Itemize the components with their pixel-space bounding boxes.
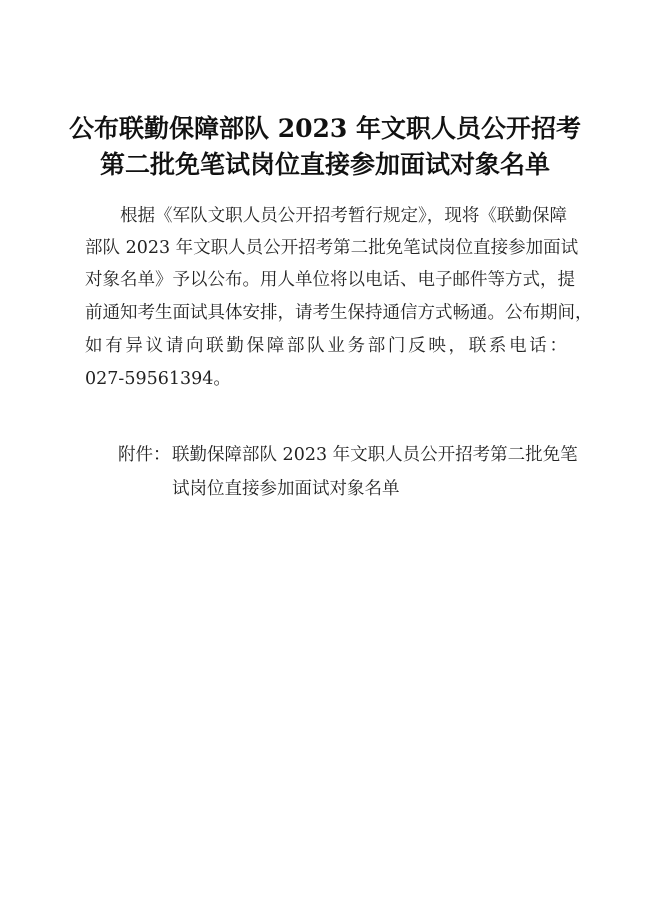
body-paragraph-line-2: 部队 2023 年文职人员公开招考第二批免笔试岗位直接参加面试 xyxy=(85,236,567,260)
attachment-title-line-2: 试岗位直接参加面试对象名单 xyxy=(172,477,400,501)
attachment-title-line-1: 联勤保障部队 2023 年文职人员公开招考第二批免笔 xyxy=(172,443,564,467)
attachment-label: 附件： xyxy=(118,443,171,467)
document-page: 公布联勤保障部队 2023 年文职人员公开招考 第二批免笔试岗位直接参加面试对象… xyxy=(0,0,650,919)
document-title-line-2: 第二批免笔试岗位直接参加面试对象名单 xyxy=(60,148,590,182)
body-paragraph-line-4: 前通知考生面试具体安排，请考生保持通信方式畅通。公布期间， xyxy=(85,301,567,325)
body-paragraph-line-1: 根据《军队文职人员公开招考暂行规定》，现将《联勤保障 xyxy=(120,204,567,228)
document-title-line-1: 公布联勤保障部队 2023 年文职人员公开招考 xyxy=(60,112,590,146)
body-paragraph-line-3: 对象名单》予以公布。用人单位将以电话、电子邮件等方式，提 xyxy=(85,268,567,292)
body-paragraph-line-5: 如有异议请向联勤保障部队业务部门反映，联系电话： xyxy=(85,334,567,358)
contact-phone-line: 027-59561394。 xyxy=(85,367,567,391)
